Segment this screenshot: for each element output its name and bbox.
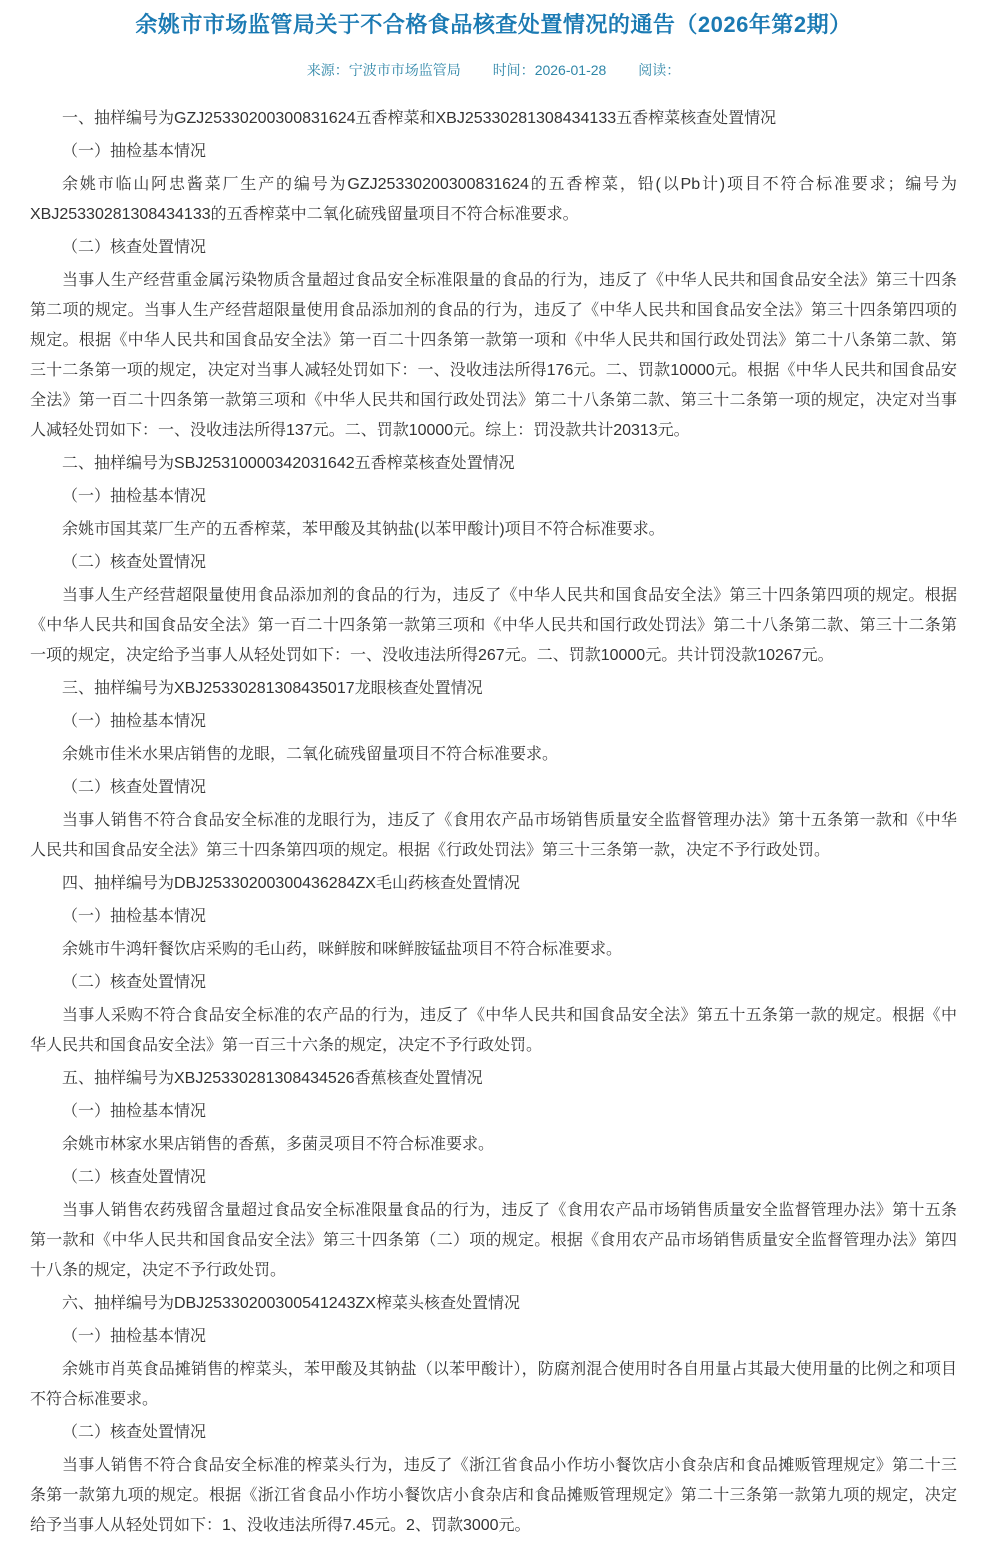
section-4-basic-text: 余姚市牛鸿轩餐饮店采购的毛山药，咪鲜胺和咪鲜胺锰盐项目不符合标准要求。 bbox=[30, 935, 957, 965]
section-2-basic-text: 余姚市国其菜厂生产的五香榨菜，苯甲酸及其钠盐(以苯甲酸计)项目不符合标准要求。 bbox=[30, 515, 957, 545]
section-3-basic-text: 余姚市佳米水果店销售的龙眼，二氧化硫残留量项目不符合标准要求。 bbox=[30, 740, 957, 770]
meta-time-value: 2026-01-28 bbox=[535, 62, 607, 78]
section-2-heading: 二、抽样编号为SBJ25310000342031642五香榨菜核查处置情况 bbox=[30, 449, 957, 479]
meta-time: 时间：2026-01-28 bbox=[493, 60, 607, 80]
article-body: 一、抽样编号为GZJ25330200300831624五香榨菜和XBJ25330… bbox=[30, 104, 957, 1541]
section-5-basic-text: 余姚市林家水果店销售的香蕉，多菌灵项目不符合标准要求。 bbox=[30, 1130, 957, 1160]
section-1-disposal-label: （二）核查处置情况 bbox=[30, 233, 957, 263]
article-meta: 来源：宁波市市场监管局 时间：2026-01-28 阅读： bbox=[30, 60, 957, 80]
section-2-basic-label: （一）抽检基本情况 bbox=[30, 482, 957, 512]
section-2-disposal-text: 当事人生产经营超限量使用食品添加剂的食品的行为，违反了《中华人民共和国食品安全法… bbox=[30, 581, 957, 671]
section-1-basic-label: （一）抽检基本情况 bbox=[30, 137, 957, 167]
section-3-heading: 三、抽样编号为XBJ25330281308435017龙眼核查处置情况 bbox=[30, 674, 957, 704]
section-3-disposal-text: 当事人销售不符合食品安全标准的龙眼行为，违反了《食用农产品市场销售质量安全监督管… bbox=[30, 806, 957, 866]
section-3-basic-label: （一）抽检基本情况 bbox=[30, 707, 957, 737]
section-4-heading: 四、抽样编号为DBJ25330200300436284ZX毛山药核查处置情况 bbox=[30, 869, 957, 899]
meta-views-label: 阅读： bbox=[638, 62, 680, 78]
section-3-disposal-label: （二）核查处置情况 bbox=[30, 773, 957, 803]
section-6-disposal-label: （二）核查处置情况 bbox=[30, 1418, 957, 1448]
section-5-disposal-text: 当事人销售农药残留含量超过食品安全标准限量食品的行为，违反了《食用农产品市场销售… bbox=[30, 1196, 957, 1286]
section-5-heading: 五、抽样编号为XBJ25330281308434526香蕉核查处置情况 bbox=[30, 1064, 957, 1094]
section-2-disposal-label: （二）核查处置情况 bbox=[30, 548, 957, 578]
section-5-basic-label: （一）抽检基本情况 bbox=[30, 1097, 957, 1127]
section-1-disposal-text: 当事人生产经营重金属污染物质含量超过食品安全标准限量的食品的行为，违反了《中华人… bbox=[30, 266, 957, 446]
section-1-heading: 一、抽样编号为GZJ25330200300831624五香榨菜和XBJ25330… bbox=[30, 104, 957, 134]
section-6-basic-label: （一）抽检基本情况 bbox=[30, 1322, 957, 1352]
meta-source-value: 宁波市市场监管局 bbox=[349, 62, 461, 78]
section-4-basic-label: （一）抽检基本情况 bbox=[30, 902, 957, 932]
section-6-heading: 六、抽样编号为DBJ25330200300541243ZX榨菜头核查处置情况 bbox=[30, 1289, 957, 1319]
section-6-disposal-text: 当事人销售不符合食品安全标准的榨菜头行为，违反了《浙江省食品小作坊小餐饮店小食杂… bbox=[30, 1451, 957, 1541]
meta-time-label: 时间： bbox=[493, 62, 535, 78]
meta-views: 阅读： bbox=[638, 60, 680, 80]
page-title: 余姚市市场监管局关于不合格食品核查处置情况的通告（2026年第2期） bbox=[30, 10, 957, 40]
meta-source: 来源：宁波市市场监管局 bbox=[307, 60, 461, 80]
section-4-disposal-label: （二）核查处置情况 bbox=[30, 968, 957, 998]
meta-source-label: 来源： bbox=[307, 62, 349, 78]
article-page: 余姚市市场监管局关于不合格食品核查处置情况的通告（2026年第2期） 来源：宁波… bbox=[0, 0, 987, 1568]
section-6-basic-text: 余姚市肖英食品摊销售的榨菜头，苯甲酸及其钠盐（以苯甲酸计），防腐剂混合使用时各自… bbox=[30, 1355, 957, 1415]
section-1-basic-text: 余姚市临山阿忠酱菜厂生产的编号为GZJ25330200300831624的五香榨… bbox=[30, 170, 957, 230]
section-5-disposal-label: （二）核查处置情况 bbox=[30, 1163, 957, 1193]
section-4-disposal-text: 当事人采购不符合食品安全标准的农产品的行为，违反了《中华人民共和国食品安全法》第… bbox=[30, 1001, 957, 1061]
